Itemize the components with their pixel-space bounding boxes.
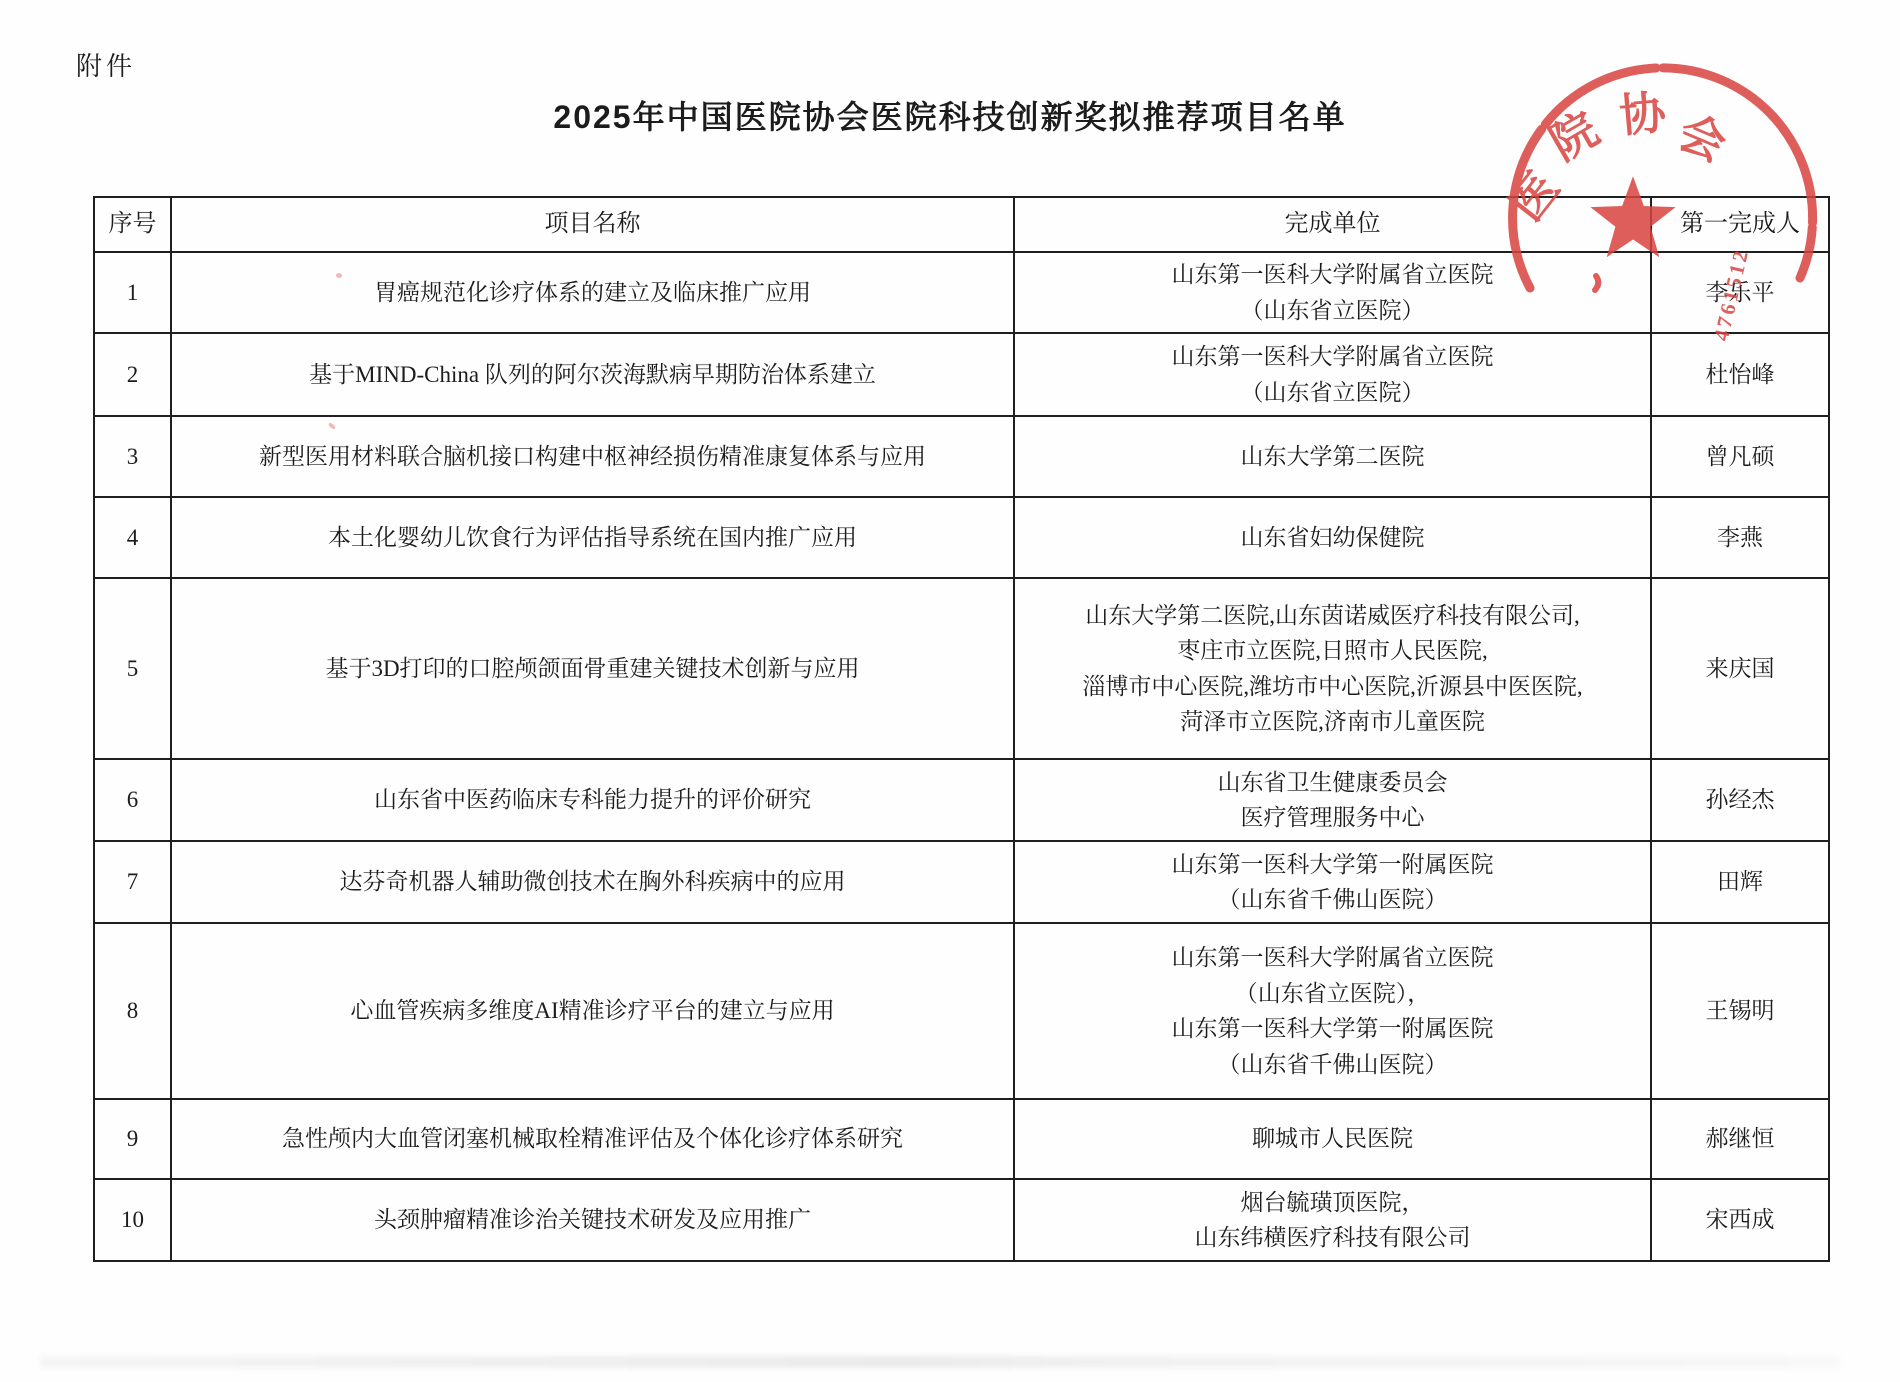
table-row: 6 山东省中医药临床专科能力提升的评价研究 山东省卫生健康委员会 医疗管理服务中…: [94, 759, 1829, 841]
row-no: 5: [94, 578, 171, 759]
row-units: 聊城市人民医院: [1014, 1099, 1651, 1179]
row-units: 山东大学第二医院,山东茵诺威医疗科技有限公司, 枣庄市立医院,日照市人民医院, …: [1014, 578, 1651, 759]
table-row: 1 胃癌规范化诊疗体系的建立及临床推广应用 山东第一医科大学附属省立医院 （山东…: [94, 252, 1829, 333]
row-person: 曾凡硕: [1651, 416, 1829, 497]
row-units: 山东省卫生健康委员会 医疗管理服务中心: [1014, 759, 1651, 841]
row-no: 7: [94, 841, 171, 923]
header-person: 第一完成人: [1651, 197, 1829, 252]
row-project: 急性颅内大血管闭塞机械取栓精准评估及个体化诊疗体系研究: [171, 1099, 1014, 1179]
scan-edge-artifact: [40, 1356, 1840, 1368]
row-no: 2: [94, 333, 171, 416]
row-person: 孙经杰: [1651, 759, 1829, 841]
row-no: 9: [94, 1099, 171, 1179]
row-project: 基于3D打印的口腔颅颌面骨重建关键技术创新与应用: [171, 578, 1014, 759]
row-project: 新型医用材料联合脑机接口构建中枢神经损伤精准康复体系与应用: [171, 416, 1014, 497]
row-no: 8: [94, 923, 171, 1099]
row-no: 10: [94, 1179, 171, 1261]
row-project: 头颈肿瘤精准诊治关键技术研发及应用推广: [171, 1179, 1014, 1261]
header-units: 完成单位: [1014, 197, 1651, 252]
row-person: 郝继恒: [1651, 1099, 1829, 1179]
row-units: 山东第一医科大学附属省立医院 （山东省立医院）: [1014, 333, 1651, 416]
header-project: 项目名称: [171, 197, 1014, 252]
document-page: 附件 2025年中国医院协会医院科技创新奖拟推荐项目名单 序号 项目名称 完成单…: [0, 0, 1900, 1382]
table-row: 4 本土化婴幼儿饮食行为评估指导系统在国内推广应用 山东省妇幼保健院 李燕: [94, 497, 1829, 578]
table-row: 2 基于MIND-China 队列的阿尔茨海默病早期防治体系建立 山东第一医科大…: [94, 333, 1829, 416]
table-row: 3 新型医用材料联合脑机接口构建中枢神经损伤精准康复体系与应用 山东大学第二医院…: [94, 416, 1829, 497]
row-person: 田辉: [1651, 841, 1829, 923]
row-units: 烟台毓璜顶医院， 山东纬横医疗科技有限公司: [1014, 1179, 1651, 1261]
table-row: 9 急性颅内大血管闭塞机械取栓精准评估及个体化诊疗体系研究 聊城市人民医院 郝继…: [94, 1099, 1829, 1179]
row-project: 山东省中医药临床专科能力提升的评价研究: [171, 759, 1014, 841]
row-project: 心血管疾病多维度AI精准诊疗平台的建立与应用: [171, 923, 1014, 1099]
row-project: 胃癌规范化诊疗体系的建立及临床推广应用: [171, 252, 1014, 333]
row-units: 山东大学第二医院: [1014, 416, 1651, 497]
table-header-row: 序号 项目名称 完成单位 第一完成人: [94, 197, 1829, 252]
row-units: 山东第一医科大学附属省立医院 （山东省立医院）， 山东第一医科大学第一附属医院 …: [1014, 923, 1651, 1099]
row-person: 王锡明: [1651, 923, 1829, 1099]
row-no: 3: [94, 416, 171, 497]
row-person: 李燕: [1651, 497, 1829, 578]
table-row: 8 心血管疾病多维度AI精准诊疗平台的建立与应用 山东第一医科大学附属省立医院 …: [94, 923, 1829, 1099]
page-title: 2025年中国医院协会医院科技创新奖拟推荐项目名单: [0, 92, 1900, 138]
table-row: 5 基于3D打印的口腔颅颌面骨重建关键技术创新与应用 山东大学第二医院,山东茵诺…: [94, 578, 1829, 759]
table-row: 7 达芬奇机器人辅助微创技术在胸外科疾病中的应用 山东第一医科大学第一附属医院 …: [94, 841, 1829, 923]
row-person: 李乐平: [1651, 252, 1829, 333]
row-project: 本土化婴幼儿饮食行为评估指导系统在国内推广应用: [171, 497, 1014, 578]
row-no: 4: [94, 497, 171, 578]
scan-speck: [336, 273, 342, 278]
row-person: 来庆国: [1651, 578, 1829, 759]
row-units: 山东省妇幼保健院: [1014, 497, 1651, 578]
header-no: 序号: [94, 197, 171, 252]
row-no: 6: [94, 759, 171, 841]
row-project: 达芬奇机器人辅助微创技术在胸外科疾病中的应用: [171, 841, 1014, 923]
award-project-table: 序号 项目名称 完成单位 第一完成人 1 胃癌规范化诊疗体系的建立及临床推广应用…: [93, 196, 1830, 1262]
row-units: 山东第一医科大学第一附属医院 （山东省千佛山医院）: [1014, 841, 1651, 923]
attachment-label: 附件: [76, 46, 136, 83]
row-units: 山东第一医科大学附属省立医院 （山东省立医院）: [1014, 252, 1651, 333]
row-person: 杜怡峰: [1651, 333, 1829, 416]
row-person: 宋西成: [1651, 1179, 1829, 1261]
row-project: 基于MIND-China 队列的阿尔茨海默病早期防治体系建立: [171, 333, 1014, 416]
row-no: 1: [94, 252, 171, 333]
table-row: 10 头颈肿瘤精准诊治关键技术研发及应用推广 烟台毓璜顶医院， 山东纬横医疗科技…: [94, 1179, 1829, 1261]
